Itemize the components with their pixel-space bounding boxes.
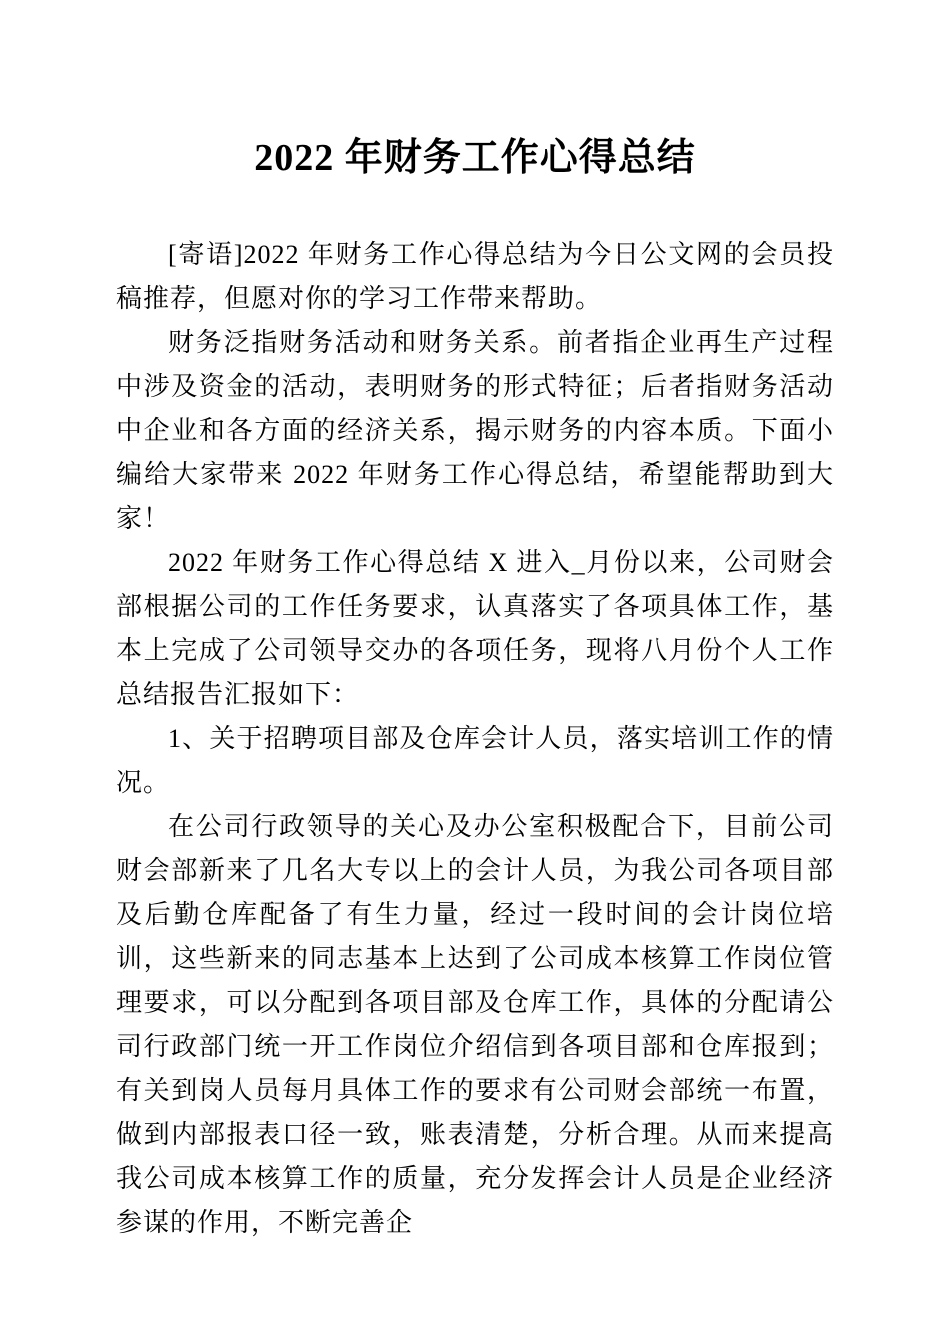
paragraph-intro: 财务泛指财务活动和财务关系。前者指企业再生产过程中涉及资金的活动，表明财务的形式… (116, 321, 834, 541)
document-page: 2022 年财务工作心得总结 [寄语]2022 年财务工作心得总结为今日公文网的… (0, 0, 950, 1344)
document-body: [寄语]2022 年财务工作心得总结为今日公文网的会员投稿推荐，但愿对你的学习工… (116, 233, 834, 1245)
paragraph-item-1-detail: 在公司行政领导的关心及办公室积极配合下，目前公司财会部新来了几名大专以上的会计人… (116, 805, 834, 1245)
document-title: 2022 年财务工作心得总结 (116, 133, 834, 183)
paragraph-summary-opening: 2022 年财务工作心得总结 X 进入_月份以来，公司财会部根据公司的工作任务要… (116, 541, 834, 717)
paragraph-item-1-heading: 1、关于招聘项目部及仓库会计人员，落实培训工作的情况。 (116, 717, 834, 805)
paragraph-preface: [寄语]2022 年财务工作心得总结为今日公文网的会员投稿推荐，但愿对你的学习工… (116, 233, 834, 321)
